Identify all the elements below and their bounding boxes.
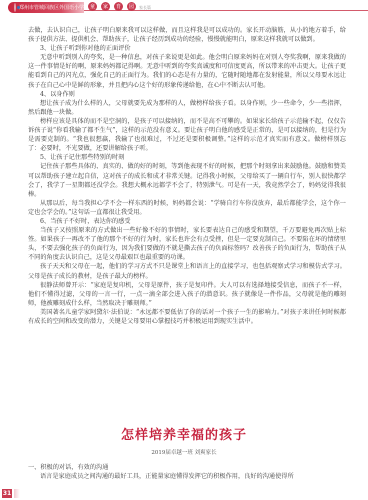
paragraph: 很静法师曾开示：“家庭是复印机，父母是原件，孩子是复印件。大人可以有选择地接受信…	[28, 281, 346, 308]
paragraph: 记住孩子那些具体的、真实的、做的好的时刻，等到他表现不好的时候，把那个时刻拿出来…	[28, 162, 346, 198]
paragraph: 美国著名儿童学家阿黛尔·法伯说：“永远都不要低估了你的话对一个孩子一生的影响力。…	[28, 308, 346, 326]
school-name: 郑州市管城回族区外国语小学	[19, 4, 84, 11]
article-author: 2019届卓越一班 刘爽家长	[0, 448, 368, 456]
circle-char-3: 育	[114, 2, 123, 11]
paragraph: 去做，去认识自己，让孩子明白原来我可以这样做，而且这样我是可以成功的。家长开动脑…	[28, 26, 346, 44]
page-number: 31	[2, 489, 12, 498]
section-heading: 3、让孩子听到你对他的正面评价	[28, 44, 346, 53]
section-circles: 童 家 育 园 家长篇	[88, 2, 151, 11]
paragraph: 想让孩子成为什么样的人，父母就要先成为那样的人，做榜样给孩子看。以身作则，少一些…	[28, 99, 346, 117]
section-label: 家长篇	[139, 5, 151, 11]
page-header: 郑州市管城回族区外国语小学 童 家 育 园 家长篇	[0, 0, 368, 14]
circle-char-2: 家	[101, 2, 110, 11]
school-badge: 郑州市管城回族区外国语小学	[8, 2, 84, 13]
circle-char-1: 童	[88, 2, 97, 11]
paragraph: 无意中听到别人的夸奖，是一种信息，对孩子来说更是如此。他会明白原来妈妈在对别人夸…	[28, 53, 346, 89]
paragraph: 榜样应该是具体的而不是空洞的，是孩子可以接纳的，而不是高不可攀的。如果家长给孩子…	[28, 117, 346, 153]
body-content: 去做，去认识自己，让孩子明白原来我可以这样做，而且这样我是可以成功的。家长开动脑…	[28, 26, 346, 326]
section-heading: 5、让孩子记住那些特别的时刻	[28, 153, 346, 162]
page-tab-decoration	[14, 489, 20, 498]
circle-char-4: 园	[127, 2, 136, 11]
article-section-heading: 一、积极的对话，有效的沟通	[28, 463, 346, 472]
article-first-line: 语言是家庭成员之间沟通的最好工具，正能量家庭懂得发挥它的积极作用，良好的沟通使得…	[28, 472, 346, 481]
paragraph: 孩子天天和父母在一起，他们的学习方式不只是课堂上和语言上的直接学习，也包括观察式…	[28, 262, 346, 280]
article-body: 一、积极的对话，有效的沟通 语言是家庭成员之间沟通的最好工具，正能量家庭懂得发挥…	[28, 463, 346, 482]
section-heading: 6、当孩子不好时，表达你的感受	[28, 217, 346, 226]
paragraph: 从那以后，每当我担心学不会一样东西的时候，妈妈都会说：“学骑自行车你没放弃，最后…	[28, 199, 346, 217]
section-heading: 4、以身作则	[28, 90, 346, 99]
school-logo-icon	[14, 3, 16, 12]
paragraph: 当孩子又按照原来的方式做出一些好像不好的事情时，家长要表达自己的感受和期望，千万…	[28, 226, 346, 262]
article-title: 怎样培养幸福的孩子	[0, 424, 368, 443]
